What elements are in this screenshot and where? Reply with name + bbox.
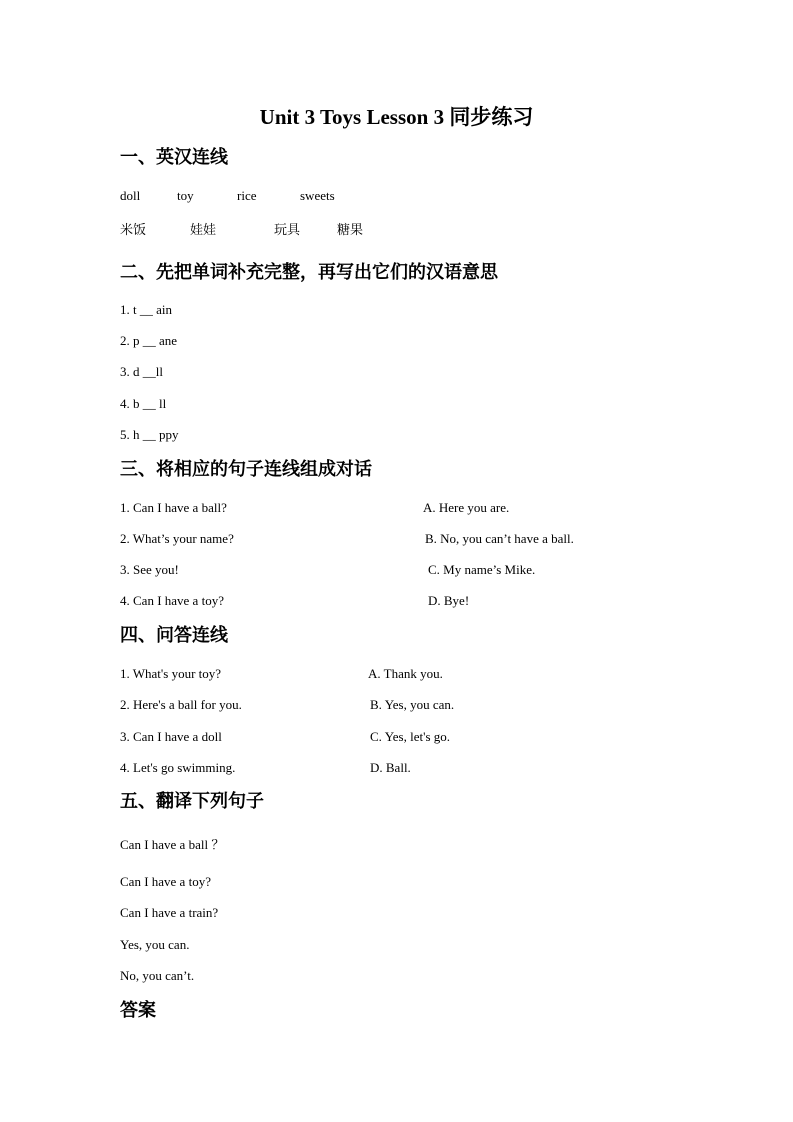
chinese-word: 糖果 — [337, 223, 363, 239]
question-left: 3. Can I have a doll — [120, 729, 222, 745]
page-title: Unit 3 Toys Lesson 3 同步练习 — [0, 103, 793, 131]
dialogue-left: 2. What’s your name? — [120, 531, 234, 547]
dialogue-right: B. No, you can’t have a ball. — [425, 531, 574, 547]
english-word: toy — [177, 188, 194, 204]
translate-item: Can I have a toy? — [120, 874, 211, 890]
question-left: 1. What's your toy? — [120, 666, 221, 682]
chinese-word: 米饭 — [120, 223, 146, 239]
section-4-heading: 四、问答连线 — [120, 624, 228, 648]
dialogue-left: 4. Can I have a toy? — [120, 593, 224, 609]
question-left: 2. Here's a ball for you. — [120, 697, 242, 713]
english-word: sweets — [300, 188, 335, 204]
section-2-heading: 二、先把单词补充完整，再写出它们的汉语意思 — [120, 261, 498, 285]
answer-right: A. Thank you. — [368, 666, 443, 682]
dialogue-left: 3. See you! — [120, 562, 179, 578]
answer-right: B. Yes, you can. — [370, 697, 454, 713]
fill-blank-item: 2. p __ ane — [120, 333, 177, 349]
translate-item: Yes, you can. — [120, 937, 189, 953]
dialogue-left: 1. Can I have a ball? — [120, 500, 227, 516]
fill-blank-item: 5. h __ ppy — [120, 427, 179, 443]
chinese-word: 娃娃 — [190, 223, 216, 239]
answers-heading: 答案 — [120, 999, 156, 1023]
answer-right: D. Ball. — [370, 760, 411, 776]
english-word: rice — [237, 188, 256, 204]
chinese-word: 玩具 — [274, 223, 300, 239]
question-left: 4. Let's go swimming. — [120, 760, 235, 776]
translate-item: No, you can’t. — [120, 968, 194, 984]
dialogue-right: D. Bye! — [428, 593, 469, 609]
fill-blank-item: 4. b __ ll — [120, 396, 166, 412]
english-word: doll — [120, 188, 140, 204]
dialogue-right: A. Here you are. — [423, 500, 509, 516]
fill-blank-item: 3. d __ll — [120, 364, 163, 380]
section-1-heading: 一、英汉连线 — [120, 146, 228, 170]
document-page: Unit 3 Toys Lesson 3 同步练习 一、英汉连线 doll to… — [0, 0, 793, 1122]
answer-right: C. Yes, let's go. — [370, 729, 450, 745]
translate-item: Can I have a train? — [120, 905, 218, 921]
translate-item: Can I have a ball ？ — [120, 837, 224, 853]
section-5-heading: 五、翻译下列句子 — [120, 790, 264, 814]
fill-blank-item: 1. t __ ain — [120, 302, 172, 318]
dialogue-right: C. My name’s Mike. — [428, 562, 535, 578]
section-3-heading: 三、将相应的句子连线组成对话 — [120, 458, 372, 482]
